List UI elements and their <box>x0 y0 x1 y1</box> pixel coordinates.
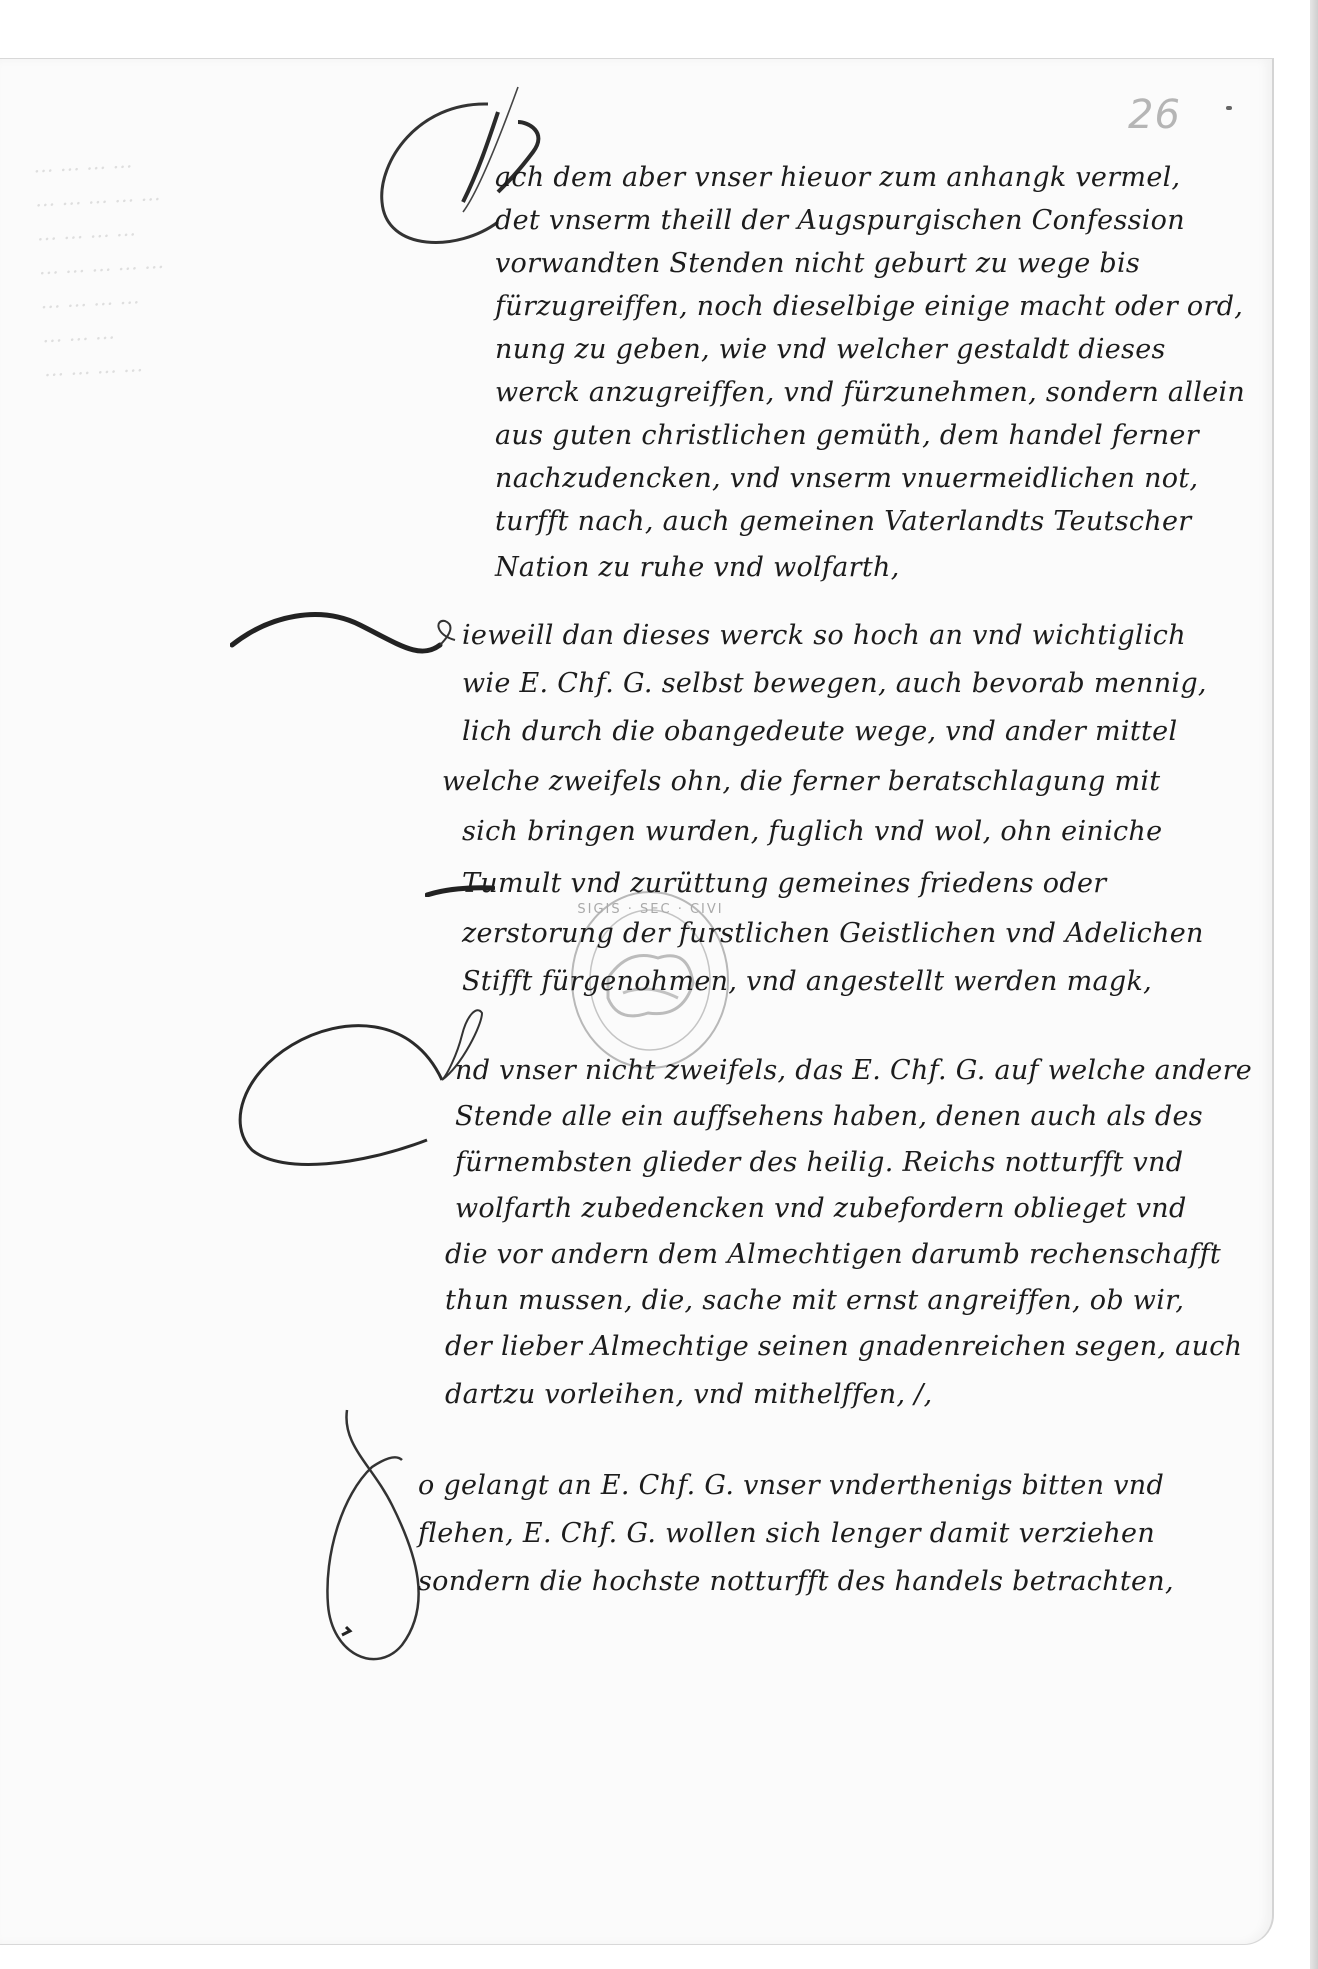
text-line: nung zu geben, wie vnd welcher gestaldt … <box>495 334 1166 365</box>
text-line: Stifft fürgenohmen, vnd angestellt werde… <box>462 966 1152 997</box>
text-line: sich bringen wurden, fuglich vnd wol, oh… <box>462 816 1162 847</box>
decorative-initial-v <box>232 1005 492 1179</box>
bleed-through-text: … … … … … … … … … … … … … … … … … … … … … <box>32 132 367 448</box>
folio-number: 26 <box>1128 92 1181 138</box>
text-line: nd vnser nicht zweifels, das E. Chf. G. … <box>455 1055 1252 1086</box>
text-line: Nation zu ruhe vnd wolfarth, <box>495 552 900 583</box>
text-line: ieweill dan dieses werck so hoch an vnd … <box>462 620 1186 651</box>
text-line: thun mussen, die, sache mit ernst angrei… <box>445 1285 1184 1316</box>
ink-mark <box>1226 106 1232 110</box>
text-line: dartzu vorleihen, vnd mithelffen, /, <box>445 1379 933 1410</box>
text-line: o gelangt an E. Chf. G. vnser vndertheni… <box>418 1470 1164 1501</box>
text-line: wolfarth zubedencken vnd zubefordern obl… <box>455 1193 1187 1224</box>
text-line: vorwandten Stenden nicht geburt zu wege … <box>495 248 1140 279</box>
scan-edge-strip <box>1310 0 1318 1969</box>
text-line: die vor andern dem Almechtigen darumb re… <box>445 1239 1221 1270</box>
text-line: turfft nach, auch gemeinen Vaterlandts T… <box>495 506 1191 537</box>
text-line: Tumult vnd zurüttung gemeines friedens o… <box>462 868 1106 899</box>
text-line: lich durch die obangedeute wege, vnd and… <box>462 716 1177 747</box>
text-line: werck anzugreiffen, vnd fürzunehmen, son… <box>495 377 1245 408</box>
text-line: Stende alle ein auffsehens haben, denen … <box>455 1101 1203 1132</box>
stamp-legend: SIGIS · SEC · CIVI <box>568 902 733 917</box>
text-line: welche zweifels ohn, die ferner beratsch… <box>442 766 1160 797</box>
line-flourish <box>425 882 495 892</box>
text-line: aus guten christlichen gemüth, dem hande… <box>495 420 1199 451</box>
text-line: nachzudencken, vnd vnserm vnuermeidliche… <box>495 463 1198 494</box>
text-line: zerstorung der furstlichen Geistlichen v… <box>462 918 1204 949</box>
text-line: sondern die hochste notturfft des handel… <box>418 1566 1174 1597</box>
text-line: fürzugreiffen, noch dieselbige einige ma… <box>495 291 1243 322</box>
text-line: wie E. Chf. G. selbst bewegen, auch bevo… <box>462 668 1207 699</box>
text-line: ach dem aber vnser hieuor zum anhangk ve… <box>495 162 1180 193</box>
text-line: flehen, E. Chf. G. wollen sich lenger da… <box>418 1518 1155 1549</box>
text-line: det vnserm theill der Augspurgischen Con… <box>495 205 1185 236</box>
text-line: fürnembsten glieder des heilig. Reichs n… <box>455 1147 1183 1178</box>
decorative-initial-d <box>230 585 460 669</box>
text-line: der lieber Almechtige seinen gnadenreich… <box>445 1331 1242 1362</box>
